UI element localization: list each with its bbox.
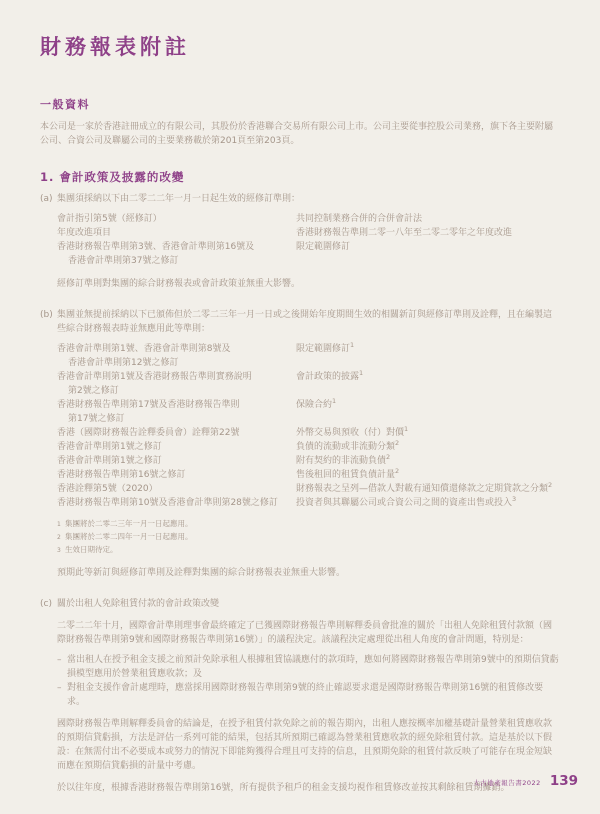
standard-desc-text: 外幣交易與預收（付）對價 <box>296 428 404 438</box>
general-info-body: 本公司是一家於香港註冊成立的有限公司，其股份於香港聯合交易所有限公司上市。公司主… <box>40 120 560 148</box>
item-b: (b) 集團並無提前採納以下已頒佈但於二零二三年一月一日或之後開始年度期間生效的… <box>40 308 560 589</box>
table-row: 香港會計準則第1號之修訂 負債的流動或非流動分類2 <box>57 440 560 454</box>
item-c-paragraph-2: 國際財務報告準則解釋委員會的結論是，在授予租賃付款免除之前的報告期內，出租人應按… <box>57 717 560 773</box>
standard-desc-cell: 外幣交易與預收（付）對價1 <box>296 426 560 440</box>
item-c-body: 關於出租人免除租賃付款的會計政策改變 二零二二年十月，國際會計準則理事會最終確定… <box>57 597 560 795</box>
standard-desc-text: 售後租回的租賃負債計量 <box>296 470 395 480</box>
section-1-accounting-policy: 1. 會計政策及披露的改變 (a) 集團須採納以下由二零二二年一月一日起生效的經… <box>40 170 560 795</box>
page-content: 財務報表附註 一般資料 本公司是一家於香港註冊成立的有限公司，其股份於香港聯合交… <box>0 0 600 795</box>
standard-desc-text: 限定範圍修訂 <box>296 242 350 252</box>
report-page: 財務報表附註 一般資料 本公司是一家於香港註冊成立的有限公司，其股份於香港聯合交… <box>0 0 600 814</box>
standard-desc-cell: 會計政策的披露1 <box>296 370 560 384</box>
standard-desc-text: 共同控制業務合併的合併會計法 <box>296 214 422 224</box>
standard-desc-cell: 負債的流動或非流動分類2 <box>296 440 560 454</box>
footnote-marker: 2 <box>57 531 65 544</box>
bullet-item: – 當出租人在授予租金支援之前預計免除承租人根據租賃協議應付的款項時，應如何將國… <box>57 653 560 681</box>
standard-desc-cell: 香港財務報告準則二零一八年至二零二零年之年度改進 <box>296 226 560 240</box>
standard-desc-cell: 限定範圍修訂 <box>296 240 560 254</box>
table-row: 香港財務報告準則第16號之修訂 售後租回的租賃負債計量2 <box>57 468 560 482</box>
table-row: 香港財務報告準則第3號、香港會計準則第16號及 香港會計準則第37號之修訂 限定… <box>57 240 560 268</box>
footnote-marker: 3 <box>57 544 65 557</box>
standard-name-cell: 會計指引第5號（經修訂） <box>57 212 296 226</box>
table-row: 香港財務報告準則第10號及香港會計準則第28號之修訂 投資者與其聯屬公司或合資公… <box>57 496 560 510</box>
table-row: 香港財務報告準則第17號及香港財務報告準則 第17號之修訂 保險合約1 <box>57 398 560 426</box>
table-row: 年度改進項目 香港財務報告準則二零一八年至二零二零年之年度改進 <box>57 226 560 240</box>
item-c-paragraph-1: 二零二二年十月，國際會計準則理事會最終確定了已獲國際財務報告準則解釋委員會批准的… <box>57 619 560 647</box>
footnote-text: 生效日期待定。 <box>65 544 118 557</box>
footnote-marker: 1 <box>57 518 65 531</box>
bullet-dash: – <box>57 681 67 709</box>
general-info-section: 一般資料 本公司是一家於香港註冊成立的有限公司，其股份於香港聯合交易所有限公司上… <box>40 98 560 148</box>
footer-report-name: 太古地產報告書2022 <box>473 776 541 790</box>
footer-page-number: 139 <box>550 774 578 788</box>
table-row: 香港（國際財務報告詮釋委員會）詮釋第22號 外幣交易與預收（付）對價1 <box>57 426 560 440</box>
standard-desc-cell: 投資者與其聯屬公司或合資公司之間的資產出售或投入3 <box>296 496 560 510</box>
page-title: 財務報表附註 <box>40 0 560 60</box>
footnote-ref: 1 <box>350 341 354 349</box>
standard-desc-cell: 保險合約1 <box>296 398 560 412</box>
item-b-intro: 集團並無提前採納以下已頒佈但於二零二三年一月一日或之後開始年度期間生效的相關新訂… <box>57 308 560 336</box>
footnote-list: 1 集團將於二零二三年一月一日起應用。 2 集團將於二零二四年一月一日起應用。 … <box>57 518 560 557</box>
footnote-ref: 3 <box>512 495 516 503</box>
table-row: 香港會計準則第1號之修訂 附有契約的非流動負債2 <box>57 454 560 468</box>
table-row: 香港會計準則第1號及香港財務報告準則實務說明 第2號之修訂 會計政策的披露1 <box>57 370 560 398</box>
item-c-heading: 關於出租人免除租賃付款的會計政策改變 <box>57 597 560 611</box>
standard-name-cell: 香港會計準則第1號之修訂 <box>57 440 296 454</box>
standard-name-cell: 香港（國際財務報告詮釋委員會）詮釋第22號 <box>57 426 296 440</box>
standard-desc-text: 香港財務報告準則二零一八年至二零二零年之年度改進 <box>296 228 512 238</box>
bullet-list: – 當出租人在授予租金支援之前預計免除承租人根據租賃協議應付的款項時，應如何將國… <box>57 653 560 709</box>
standard-desc-cell: 財務報表之呈列—借款人對載有通知償還條款之定期貸款之分類2 <box>296 482 560 496</box>
standard-desc-cell: 共同控制業務合併的合併會計法 <box>296 212 560 226</box>
standard-desc-cell: 售後租回的租賃負債計量2 <box>296 468 560 482</box>
table-row: 香港詮釋第5號（2020） 財務報表之呈列—借款人對載有通知償還條款之定期貸款之… <box>57 482 560 496</box>
standard-desc-text: 財務報表之呈列—借款人對載有通知償還條款之定期貸款之分類 <box>296 484 548 494</box>
bullet-dash: – <box>57 653 67 681</box>
item-b-body: 集團並無提前採納以下已頒佈但於二零二三年一月一日或之後開始年度期間生效的相關新訂… <box>57 308 560 589</box>
footnote-ref: 2 <box>395 439 399 447</box>
standard-desc-text: 附有契約的非流動負債 <box>296 456 386 466</box>
standard-desc-cell: 附有契約的非流動負債2 <box>296 454 560 468</box>
bullet-text: 當出租人在授予租金支援之前預計免除承租人根據租賃協議應付的款項時，應如何將國際財… <box>67 653 560 681</box>
item-a: (a) 集團須採納以下由二零二二年一月一日起生效的經修訂準則： 會計指引第5號（… <box>40 192 560 300</box>
table-row: 會計指引第5號（經修訂） 共同控制業務合併的合併會計法 <box>57 212 560 226</box>
footnote-ref: 1 <box>332 397 336 405</box>
page-footer: 太古地產報告書2022 139 <box>473 774 578 790</box>
item-b-label: (b) <box>40 308 57 589</box>
footnote-ref: 2 <box>386 453 390 461</box>
item-c: (c) 關於出租人免除租賃付款的會計政策改變 二零二二年十月，國際會計準則理事會… <box>40 597 560 795</box>
section-1-heading: 1. 會計政策及披露的改變 <box>40 170 560 184</box>
footnote-ref: 2 <box>548 481 552 489</box>
item-b-note: 預期此等新訂與經修訂準則及詮釋對集團的綜合財務報表並無重大影響。 <box>57 566 560 580</box>
standard-desc-text: 負債的流動或非流動分類 <box>296 442 395 452</box>
footnote-ref: 1 <box>404 425 408 433</box>
footnote-item: 2 集團將於二零二四年一月一日起應用。 <box>57 531 560 544</box>
standard-name-cell: 香港財務報告準則第16號之修訂 <box>57 468 296 482</box>
standard-name-cell: 香港會計準則第1號、香港會計準則第8號及 香港會計準則第12號之修訂 <box>57 342 296 370</box>
item-c-label: (c) <box>40 597 57 795</box>
footnote-ref: 2 <box>395 467 399 475</box>
standard-name-cell: 香港會計準則第1號之修訂 <box>57 454 296 468</box>
footnote-text: 集團將於二零二三年一月一日起應用。 <box>65 518 193 531</box>
standard-desc-text: 限定範圍修訂 <box>296 344 350 354</box>
standard-name-cell: 香港會計準則第1號及香港財務報告準則實務說明 第2號之修訂 <box>57 370 296 398</box>
bullet-item: – 對租金支援作會計處理時，應當採用國際財務報告準則第9號的終止確認要求還是國際… <box>57 681 560 709</box>
standard-desc-cell: 限定範圍修訂1 <box>296 342 560 356</box>
standard-desc-text: 會計政策的披露 <box>296 372 359 382</box>
footnote-ref: 1 <box>359 369 363 377</box>
item-a-body: 集團須採納以下由二零二二年一月一日起生效的經修訂準則： 會計指引第5號（經修訂）… <box>57 192 560 300</box>
standards-table-a: 會計指引第5號（經修訂） 共同控制業務合併的合併會計法 年度改進項目 香港財務報… <box>57 212 560 268</box>
standard-name-cell: 香港詮釋第5號（2020） <box>57 482 296 496</box>
item-a-label: (a) <box>40 192 57 300</box>
standards-table-b: 香港會計準則第1號、香港會計準則第8號及 香港會計準則第12號之修訂 限定範圍修… <box>57 342 560 510</box>
standard-name-cell: 香港財務報告準則第3號、香港會計準則第16號及 香港會計準則第37號之修訂 <box>57 240 296 268</box>
footnote-item: 1 集團將於二零二三年一月一日起應用。 <box>57 518 560 531</box>
standard-name-cell: 年度改進項目 <box>57 226 296 240</box>
table-row: 香港會計準則第1號、香港會計準則第8號及 香港會計準則第12號之修訂 限定範圍修… <box>57 342 560 370</box>
footnote-text: 集團將於二零二四年一月一日起應用。 <box>65 531 193 544</box>
standard-desc-text: 投資者與其聯屬公司或合資公司之間的資產出售或投入 <box>296 498 512 508</box>
standard-name-cell: 香港財務報告準則第10號及香港會計準則第28號之修訂 <box>57 496 296 510</box>
standard-desc-text: 保險合約 <box>296 400 332 410</box>
general-info-heading: 一般資料 <box>40 98 560 112</box>
standard-name-cell: 香港財務報告準則第17號及香港財務報告準則 第17號之修訂 <box>57 398 296 426</box>
bullet-text: 對租金支援作會計處理時，應當採用國際財務報告準則第9號的終止確認要求還是國際財務… <box>67 681 560 709</box>
item-a-intro: 集團須採納以下由二零二二年一月一日起生效的經修訂準則： <box>57 192 560 206</box>
footnote-item: 3 生效日期待定。 <box>57 544 560 557</box>
item-a-note: 經修訂準則對集團的綜合財務報表或會計政策並無重大影響。 <box>57 277 560 291</box>
